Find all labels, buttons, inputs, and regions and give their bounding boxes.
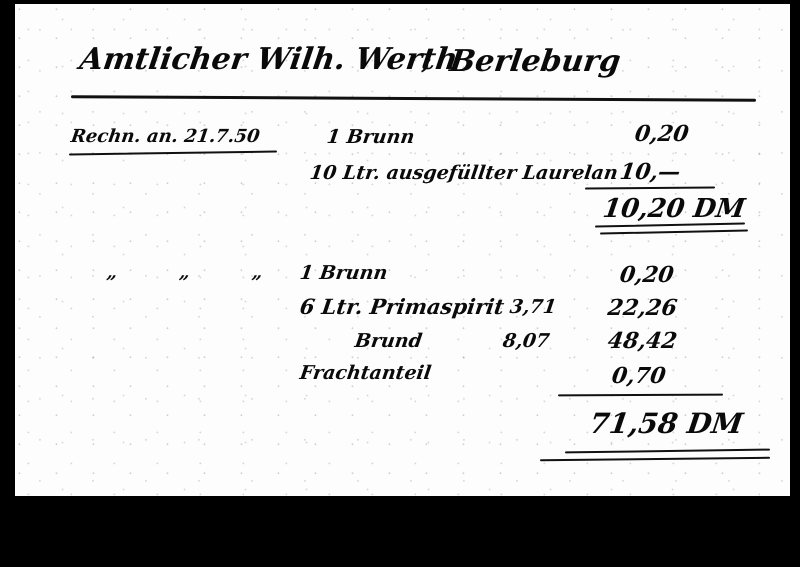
entry-1-item-2-description: 10 Ltr. ausgefüllter Laurelan xyxy=(308,162,619,184)
entry-2-total: 71,58 DM xyxy=(588,407,745,440)
entry-2-item-1-amount: 0,20 xyxy=(618,262,675,288)
entry-1-date-label: Rechn. an. 21.7.50 xyxy=(70,126,261,147)
entry-2-item-1-description: 1 Brunn xyxy=(298,262,388,284)
entry-1-item-1-amount: 0,20 xyxy=(633,121,690,147)
entry-2-total-underline-2 xyxy=(540,457,770,461)
entry-2-item-3-description: Brund xyxy=(353,330,423,352)
entry-2-item-3-unit-price: 8,07 xyxy=(501,330,550,352)
entry-1-date-underline xyxy=(69,151,277,156)
entry-2-item-2-description: 6 Ltr. Primaspirit xyxy=(298,294,506,319)
entry-2-item-2-amount: 22,26 xyxy=(606,295,679,321)
entry-1-total-underline-2 xyxy=(600,229,748,234)
entry-1-item-1-description: 1 Brunn xyxy=(325,126,415,148)
entry-2-total-underline-1 xyxy=(565,449,770,454)
entry-2-item-3-amount: 48,42 xyxy=(606,328,679,354)
entry-1-total: 10,20 DM xyxy=(601,194,747,224)
entry-1-sum-rule xyxy=(585,186,715,189)
entry-2-sum-rule xyxy=(558,394,723,397)
header-name: Amtlicher Wilh. Werth xyxy=(78,42,460,77)
entry-2-item-4-amount: 0,70 xyxy=(610,363,667,389)
entry-2-item-2-unit-price: 3,71 xyxy=(508,296,557,318)
ledger-card: Amtlicher Wilh. Werth ; Berleburg Rechn.… xyxy=(15,4,790,496)
entry-2-date-label-ditto: „ „ „ xyxy=(106,262,293,283)
entry-1-item-2-amount: 10,— xyxy=(618,159,682,185)
header-place: Berleburg xyxy=(448,44,623,79)
entry-2-item-4-description: Frachtanteil xyxy=(298,362,432,384)
header-rule xyxy=(71,95,756,102)
